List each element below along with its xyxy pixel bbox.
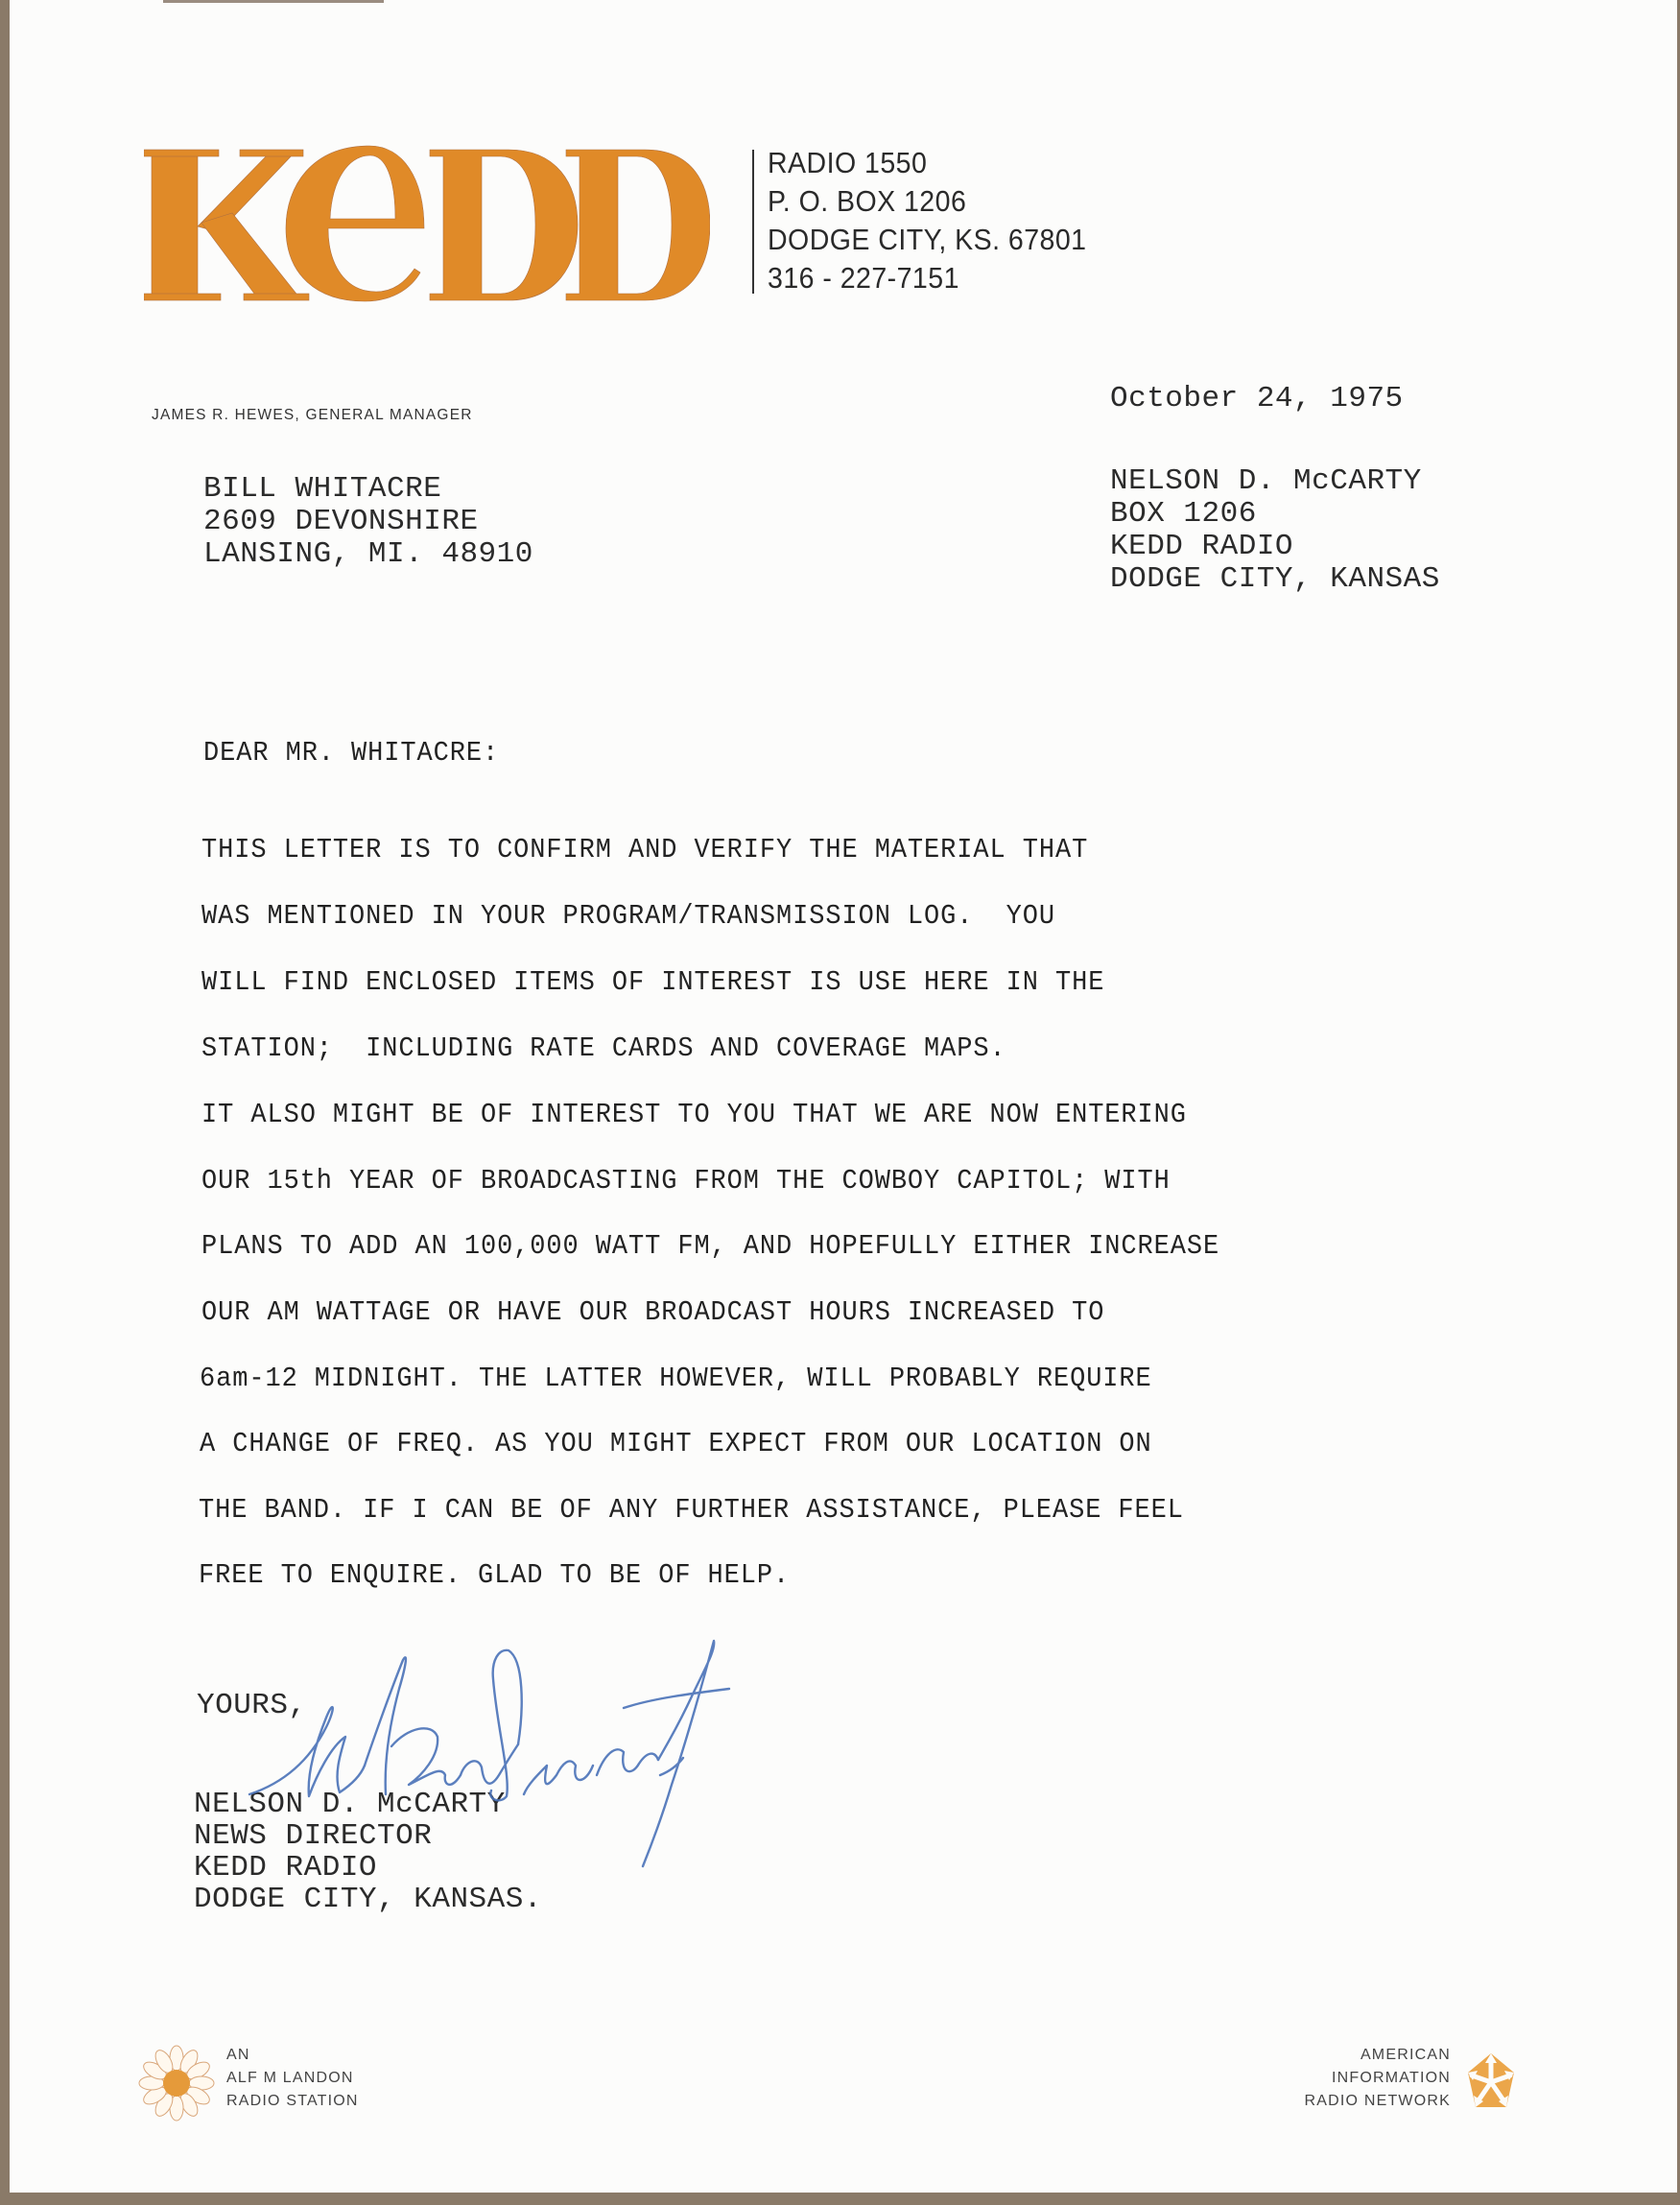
body-line: PLANS TO ADD AN 100,000 WATT FM, AND HOP… xyxy=(201,1232,1219,1260)
network-star-icon xyxy=(1456,2048,1526,2117)
letter-date: October 24, 1975 xyxy=(1110,384,1404,414)
sender-org: KEDD RADIO xyxy=(1110,532,1293,561)
body-line: 6am-12 MIDNIGHT. THE LATTER HOWEVER, WIL… xyxy=(200,1364,1152,1392)
station-frequency: RADIO 1550 xyxy=(768,148,927,178)
closing: YOURS, xyxy=(197,1691,307,1720)
body-line: STATION; INCLUDING RATE CARDS AND COVERA… xyxy=(201,1034,1006,1062)
footer-right-line: INFORMATION xyxy=(1238,2067,1451,2090)
sender-box: BOX 1206 xyxy=(1110,499,1257,529)
sunflower-icon xyxy=(137,2044,216,2122)
recipient-street: 2609 DEVONSHIRE xyxy=(203,507,479,536)
body-line: WAS MENTIONED IN YOUR PROGRAM/TRANSMISSI… xyxy=(201,902,1055,930)
station-po-box: P. O. BOX 1206 xyxy=(768,186,966,216)
body-line: IT ALSO MIGHT BE OF INTEREST TO YOU THAT… xyxy=(201,1101,1187,1128)
signer-name: NELSON D. McCARTY xyxy=(194,1790,506,1819)
recipient-name: BILL WHITACRE xyxy=(203,474,441,504)
footer-left-text: AN ALF M LANDON RADIO STATION xyxy=(226,2044,359,2113)
footer-left-line: RADIO STATION xyxy=(226,2090,359,2113)
sender-city: DODGE CITY, KANSAS xyxy=(1110,564,1440,594)
body-line: WILL FIND ENCLOSED ITEMS OF INTEREST IS … xyxy=(201,968,1104,996)
body-line: A CHANGE OF FREQ. AS YOU MIGHT EXPECT FR… xyxy=(200,1430,1152,1458)
footer-left-line: AN xyxy=(226,2044,359,2067)
salutation: DEAR MR. WHITACRE: xyxy=(203,739,499,767)
body-line: THE BAND. IF I CAN BE OF ANY FURTHER ASS… xyxy=(199,1496,1184,1524)
sender-name: NELSON D. McCARTY xyxy=(1110,466,1422,496)
body-line: OUR AM WATTAGE OR HAVE OUR BROADCAST HOU… xyxy=(201,1298,1104,1326)
footer-right-text: AMERICAN INFORMATION RADIO NETWORK xyxy=(1238,2044,1451,2113)
general-manager: JAMES R. HEWES, GENERAL MANAGER xyxy=(152,407,473,424)
body-line: OUR 15th YEAR OF BROADCASTING FROM THE C… xyxy=(201,1167,1171,1195)
signer-org: KEDD RADIO xyxy=(194,1853,377,1883)
footer-left-line: ALF M LANDON xyxy=(226,2067,359,2090)
signer-city: DODGE CITY, KANSAS. xyxy=(194,1885,542,1914)
kedd-logo xyxy=(144,140,710,303)
station-phone: 316 - 227-7151 xyxy=(768,263,959,293)
signer-title: NEWS DIRECTOR xyxy=(194,1821,432,1851)
footer-right-line: RADIO NETWORK xyxy=(1238,2090,1451,2113)
header-divider xyxy=(752,150,754,294)
recipient-city: LANSING, MI. 48910 xyxy=(203,539,533,569)
footer-right-line: AMERICAN xyxy=(1238,2044,1451,2067)
body-line: THIS LETTER IS TO CONFIRM AND VERIFY THE… xyxy=(201,836,1088,864)
page-edge xyxy=(163,0,384,3)
station-city: DODGE CITY, KS. 67801 xyxy=(768,225,1087,254)
body-line: FREE TO ENQUIRE. GLAD TO BE OF HELP. xyxy=(199,1561,790,1589)
